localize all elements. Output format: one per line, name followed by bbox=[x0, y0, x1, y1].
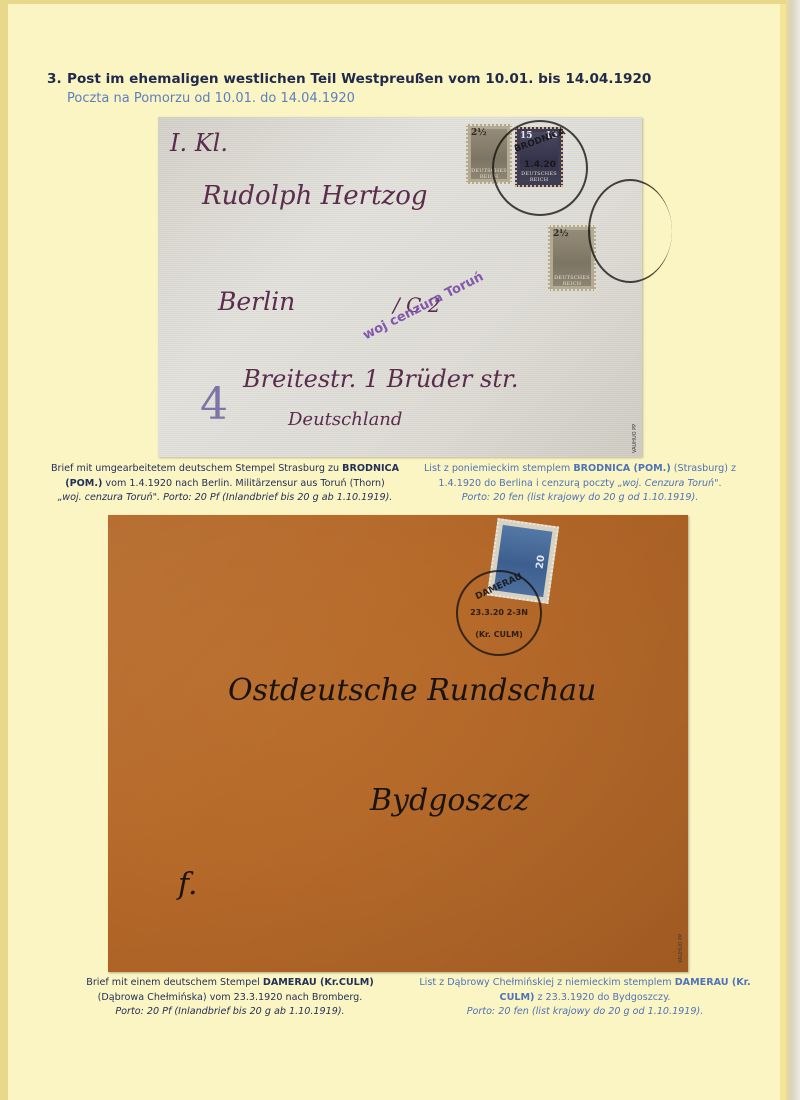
page-edge bbox=[786, 0, 800, 1100]
cover-damerau: Ostdeutsche Rundschau Bydgoszcz f. 20 DA… bbox=[108, 515, 688, 972]
maker-mark: VAUHUO PP bbox=[678, 934, 684, 963]
section-title-pl: Poczta na Pomorzu od 10.01. do 14.04.192… bbox=[67, 91, 355, 106]
censor-mark: woj cenzura Toruń bbox=[361, 269, 487, 343]
handwriting-street: Breitestr. 1 Brüder str. bbox=[243, 365, 518, 393]
pencil-mark: 4 bbox=[200, 379, 228, 430]
section-title-de: Post im ehemaligen westlichen Teil Westp… bbox=[67, 71, 651, 87]
caption-pl-cover2: List z Dąbrowy Chełmińskiej z niemieckim… bbox=[410, 976, 760, 1020]
handwriting-city: Bydgoszcz bbox=[370, 783, 529, 818]
caption-pl-cover1: List z poniemieckim stemplem BRODNICA (P… bbox=[405, 462, 755, 506]
handwriting-addressee: Ostdeutsche Rundschau bbox=[228, 673, 596, 708]
caption-de-cover1: Brief mit umgearbeitetem deutschem Stemp… bbox=[40, 462, 410, 506]
caption-de-cover2: Brief mit einem deutschem Stempel DAMERA… bbox=[55, 976, 405, 1020]
section-number: 3. bbox=[47, 71, 67, 87]
cover-brodnica: I. Kl. Rudolph Hertzog Berlin / C 2 Brei… bbox=[158, 117, 642, 457]
handwriting-addressee: Rudolph Hertzog bbox=[202, 181, 428, 211]
handwriting-country: Deutschland bbox=[288, 409, 402, 430]
postmark-brodnica-2 bbox=[588, 179, 672, 283]
maker-mark: VAUHUO PP bbox=[632, 424, 638, 453]
postmark-brodnica: BRODNICA 1.4.20 bbox=[492, 120, 588, 216]
handwriting-city: Berlin bbox=[218, 287, 295, 316]
section-title: 3.Post im ehemaligen westlichen Teil Wes… bbox=[47, 71, 651, 87]
handwriting-class: I. Kl. bbox=[170, 129, 228, 157]
handwriting-mark: f. bbox=[178, 867, 198, 902]
postmark-damerau: DAMERAU 23.3.20 2-3N (Kr. CULM) bbox=[456, 570, 542, 656]
